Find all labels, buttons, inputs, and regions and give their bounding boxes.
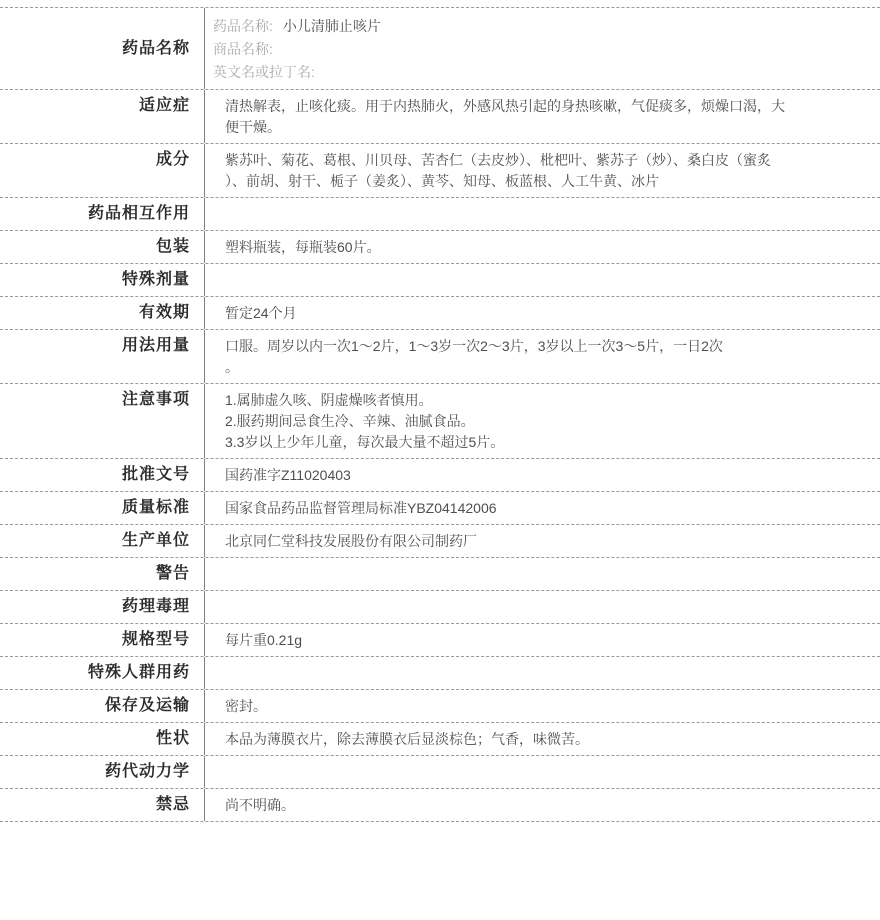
table-row-pharmacology-toxicology: 药理毒理 [0,591,880,624]
drug-info-page: 药品名称 药品名称:小儿清肺止咳片 商品名称: 英文名或拉丁名: 适应症 清热解… [0,0,880,920]
table-row-special-populations: 特殊人群用药 [0,657,880,690]
row-value: 口服。周岁以内一次1～2片，1～3岁一次2～3片，3岁以上一次3～5片，一日2次… [205,330,880,383]
trade-name-prefix: 商品名称: [213,41,273,57]
table-row-pharmacokinetics: 药代动力学 [0,756,880,789]
row-label: 质量标准 [0,492,205,524]
table-row-special-dosage: 特殊剂量 [0,264,880,297]
row-label: 批准文号 [0,459,205,491]
row-label: 用法用量 [0,330,205,383]
drug-name-line: 药品名称:小儿清肺止咳片 [213,15,868,38]
drug-info-table: 药品名称 药品名称:小儿清肺止咳片 商品名称: 英文名或拉丁名: 适应症 清热解… [0,7,880,822]
table-row-packaging: 包装 塑料瓶装，每瓶装60片。 [0,231,880,264]
row-value: 每片重0.21g [205,624,880,656]
table-row-warning: 警告 [0,558,880,591]
table-row-precautions: 注意事项 1.属肺虚久咳、阴虚燥咳者慎用。 2.服药期间忌食生冷、辛辣、油腻食品… [0,384,880,459]
table-row-specification: 规格型号 每片重0.21g [0,624,880,657]
row-value [205,264,880,296]
row-value: 暂定24个月 [205,297,880,329]
row-value: 国药准字Z11020403 [205,459,880,491]
row-value: 本品为薄膜衣片，除去薄膜衣后显淡棕色；气香，味微苦。 [205,723,880,755]
table-row-drug-name: 药品名称 药品名称:小儿清肺止咳片 商品名称: 英文名或拉丁名: [0,8,880,90]
row-label: 药代动力学 [0,756,205,788]
latin-name-line: 英文名或拉丁名: [213,61,868,84]
latin-name-prefix: 英文名或拉丁名: [213,64,315,80]
table-row-manufacturer: 生产单位 北京同仁堂科技发展股份有限公司制药厂 [0,525,880,558]
row-value [205,558,880,590]
row-value: 国家食品药品监督管理局标准YBZ04142006 [205,492,880,524]
row-value: 尚不明确。 [205,789,880,821]
row-value: 1.属肺虚久咳、阴虚燥咳者慎用。 2.服药期间忌食生冷、辛辣、油腻食品。 3.3… [205,384,880,458]
drug-name-value: 小儿清肺止咳片 [283,18,381,34]
row-value: 密封。 [205,690,880,722]
row-value: 清热解表，止咳化痰。用于内热肺火，外感风热引起的身热咳嗽，气促痰多，烦燥口渴，大… [205,90,880,143]
row-value [205,756,880,788]
table-row-indications: 适应症 清热解表，止咳化痰。用于内热肺火，外感风热引起的身热咳嗽，气促痰多，烦燥… [0,90,880,144]
row-value: 塑料瓶装，每瓶装60片。 [205,231,880,263]
table-row-ingredients: 成分 紫苏叶、菊花、葛根、川贝母、苦杏仁（去皮炒）、枇杷叶、紫苏子（炒）、桑白皮… [0,144,880,198]
row-label: 生产单位 [0,525,205,557]
row-label: 成分 [0,144,205,197]
table-row-approval-number: 批准文号 国药准字Z11020403 [0,459,880,492]
row-label: 规格型号 [0,624,205,656]
row-label: 包装 [0,231,205,263]
row-label: 警告 [0,558,205,590]
row-value: 北京同仁堂科技发展股份有限公司制药厂 [205,525,880,557]
table-row-appearance: 性状 本品为薄膜衣片，除去薄膜衣后显淡棕色；气香，味微苦。 [0,723,880,756]
row-value [205,198,880,230]
row-value [205,657,880,689]
table-row-shelf-life: 有效期 暂定24个月 [0,297,880,330]
row-value: 紫苏叶、菊花、葛根、川贝母、苦杏仁（去皮炒）、枇杷叶、紫苏子（炒）、桑白皮（蜜炙… [205,144,880,197]
row-label: 禁忌 [0,789,205,821]
table-row-storage-transport: 保存及运输 密封。 [0,690,880,723]
table-row-quality-standard: 质量标准 国家食品药品监督管理局标准YBZ04142006 [0,492,880,525]
table-row-drug-interactions: 药品相互作用 [0,198,880,231]
table-row-contraindications: 禁忌 尚不明确。 [0,789,880,822]
row-label: 保存及运输 [0,690,205,722]
row-label: 性状 [0,723,205,755]
row-label: 药品相互作用 [0,198,205,230]
row-label: 特殊人群用药 [0,657,205,689]
row-value [205,591,880,623]
drug-name-prefix: 药品名称: [213,18,273,34]
row-label: 药理毒理 [0,591,205,623]
row-label: 注意事项 [0,384,205,458]
row-value: 药品名称:小儿清肺止咳片 商品名称: 英文名或拉丁名: [205,8,880,89]
row-label: 适应症 [0,90,205,143]
row-label: 药品名称 [0,8,205,89]
table-row-dosage-administration: 用法用量 口服。周岁以内一次1～2片，1～3岁一次2～3片，3岁以上一次3～5片… [0,330,880,384]
row-label: 特殊剂量 [0,264,205,296]
trade-name-line: 商品名称: [213,38,868,61]
row-label: 有效期 [0,297,205,329]
